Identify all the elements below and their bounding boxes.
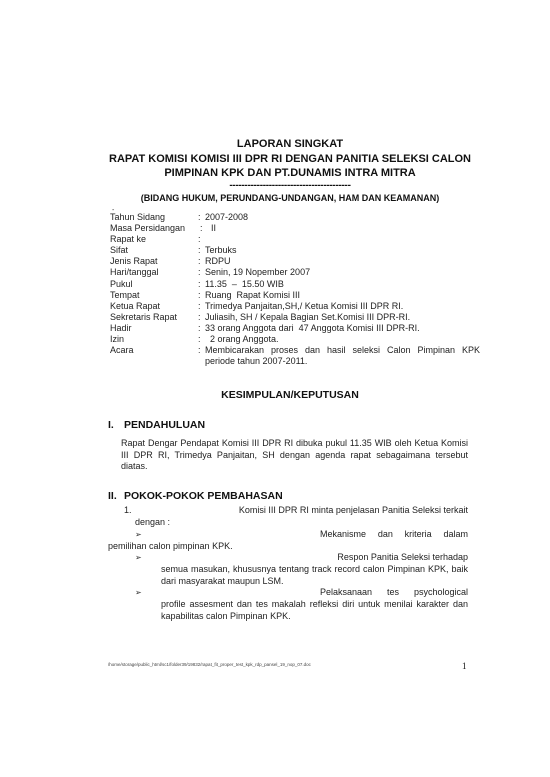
section-number: II. [108, 490, 124, 502]
meta-row-sekretaris-rapat: Sekretaris Rapat : Juliasih, SH / Kepala… [110, 312, 480, 323]
meta-colon: : [198, 301, 205, 312]
meta-label: Jenis Rapat [110, 256, 198, 267]
meta-value: Ruang Rapat Komisi III [205, 290, 480, 301]
meta-value: Trimedya Panjaitan,SH,/ Ketua Komisi III… [205, 301, 480, 312]
section-paragraph: Rapat Dengar Pendapat Komisi III DPR RI … [121, 438, 468, 473]
meta-colon: : [198, 212, 205, 223]
meta-colon: : [198, 234, 205, 245]
meta-row-jenis-rapat: Jenis Rapat : RDPU [110, 256, 480, 267]
report-title: LAPORAN SINGKAT [100, 138, 480, 150]
meta-value: II [211, 223, 480, 234]
meta-label: Acara [110, 345, 198, 367]
arrow-bullet-icon: ➢ [135, 529, 142, 541]
meta-label: Masa Persidangan [110, 223, 198, 234]
bullet-text-continuation: semua masukan, khususnya tentang track r… [161, 564, 468, 587]
meta-label: Hari/tanggal [110, 267, 198, 278]
title-separator: ---------------------------------------- [100, 180, 480, 191]
meta-value: 11.35 – 15.50 WIB [205, 279, 480, 290]
meta-row-ketua-rapat: Ketua Rapat : Trimedya Panjaitan,SH,/ Ke… [110, 301, 480, 312]
report-subtitle-line-1: RAPAT KOMISI KOMISI III DPR RI DENGAN PA… [100, 153, 480, 165]
meta-value: 2 orang Anggota. [205, 334, 480, 345]
meta-label: Tahun Sidang [110, 212, 198, 223]
meta-row-hadir: Hadir : 33 orang Anggota dari 47 Anggota… [110, 323, 480, 334]
meta-value: Senin, 19 Nopember 2007 [205, 267, 480, 278]
section-heading-pokok-pembahasan: II.POKOK-POKOK PEMBAHASAN [108, 490, 283, 502]
bullet-text: Pelaksanaan tes psychological [320, 587, 468, 599]
arrow-bullet-icon: ➢ [135, 587, 142, 599]
meta-colon: : [198, 290, 205, 301]
meta-row-rapat-ke: Rapat ke : [110, 234, 480, 245]
bullet-text-continuation: pemilihan calon pimpinan KPK. [108, 541, 233, 553]
bullet-text-continuation: profile assesment dan tes makalah reflek… [161, 599, 468, 622]
meta-colon: : [198, 323, 205, 334]
meta-colon: : [198, 245, 205, 256]
meta-value: Terbuks [205, 245, 480, 256]
point-text-continuation: dengan : [135, 517, 170, 529]
report-subtitle-line-2: PIMPINAN KPK DAN PT.DUNAMIS INTRA MITRA [100, 167, 480, 179]
meta-value: RDPU [205, 256, 480, 267]
meta-colon: : [198, 345, 205, 367]
meta-row-tempat: Tempat : Ruang Rapat Komisi III [110, 290, 480, 301]
meta-colon: : [200, 223, 211, 234]
meta-colon: : [198, 279, 205, 290]
meta-row-tahun-sidang: Tahun Sidang : 2007-2008 [110, 212, 480, 223]
bullet-text: Mekanisme dan kriteria dalam [320, 529, 468, 541]
footer-file-path: /home/storage/public_html/sc1/folder39/1… [108, 662, 311, 667]
document-page: LAPORAN SINGKAT RAPAT KOMISI KOMISI III … [0, 0, 550, 777]
meta-row-masa-persidangan: Masa Persidangan : II [110, 223, 480, 234]
section-title: PENDAHULUAN [124, 419, 205, 431]
meta-value: 33 orang Anggota dari 47 Anggota Komisi … [205, 323, 480, 334]
meta-row-pukul: Pukul : 11.35 – 15.50 WIB [110, 279, 480, 290]
meta-label: Tempat [110, 290, 198, 301]
point-text: Komisi III DPR RI minta penjelasan Panit… [215, 505, 468, 517]
meta-value: Membicarakan proses dan hasil seleksi Ca… [205, 345, 480, 367]
meta-row-hari-tanggal: Hari/tanggal : Senin, 19 Nopember 2007 [110, 267, 480, 278]
meta-label: Rapat ke [110, 234, 198, 245]
meta-label: Ketua Rapat [110, 301, 198, 312]
meta-colon: : [198, 312, 205, 323]
meta-row-sifat: Sifat : Terbuks [110, 245, 480, 256]
page-number: 1 [462, 661, 467, 671]
meta-colon: : [198, 267, 205, 278]
meta-label: Hadir [110, 323, 198, 334]
meta-value [205, 234, 480, 245]
arrow-bullet-icon: ➢ [135, 552, 142, 564]
meta-label: Sekretaris Rapat [110, 312, 198, 323]
conclusion-heading: KESIMPULAN/KEPUTUSAN [100, 389, 480, 401]
field-subtitle: (BIDANG HUKUM, PERUNDANG-UNDANGAN, HAM D… [100, 193, 480, 203]
meta-colon: : [198, 256, 205, 267]
meta-value: 2007-2008 [205, 212, 480, 223]
section-title: POKOK-POKOK PEMBAHASAN [124, 490, 283, 502]
meta-colon: : [198, 334, 205, 345]
point-number: 1. [124, 505, 132, 517]
meeting-details: Tahun Sidang : 2007-2008 Masa Persidanga… [110, 212, 480, 367]
bullet-text: Respon Panitia Seleksi terhadap [310, 552, 468, 564]
meta-label: Izin [110, 334, 198, 345]
meta-row-izin: Izin : 2 orang Anggota. [110, 334, 480, 345]
meta-row-acara: Acara : Membicarakan proses dan hasil se… [110, 345, 480, 367]
meta-label: Pukul [110, 279, 198, 290]
meta-label: Sifat [110, 245, 198, 256]
section-heading-pendahuluan: I.PENDAHULUAN [108, 419, 205, 431]
meta-value: Juliasih, SH / Kepala Bagian Set.Komisi … [205, 312, 480, 323]
section-number: I. [108, 419, 124, 431]
